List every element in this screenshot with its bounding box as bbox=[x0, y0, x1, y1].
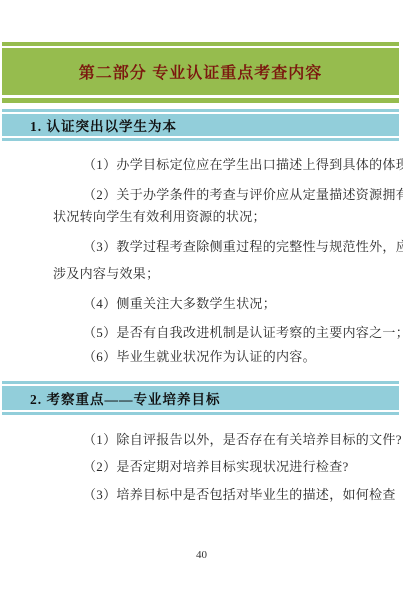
document-page: 第二部分 专业认证重点考查内容 1. 认证突出以学生为本 （1）办学目标定位应在… bbox=[0, 0, 403, 604]
banner-bottom-strip bbox=[2, 412, 399, 415]
banner-bottom-strip bbox=[2, 138, 399, 141]
banner-bottom-strip bbox=[2, 98, 399, 103]
section-1-item-3-line-1: （3）教学过程考查除侧重过程的完整性与规范性外，应 bbox=[83, 239, 403, 255]
section-1-item-3-line-2: 涉及内容与效果； bbox=[53, 266, 159, 282]
page-number: 40 bbox=[0, 549, 403, 561]
part-title-banner: 第二部分 专业认证重点考查内容 bbox=[2, 42, 399, 103]
section-1-item-2-line-1: （2）关于办学条件的考查与评价应从定量描述资源拥有 bbox=[83, 187, 403, 203]
section-2-item-1: （1）除自评报告以外，是否存在有关培养目标的文件? bbox=[83, 432, 402, 448]
section-2-heading: 2. 考察重点——专业培养目标 bbox=[2, 388, 221, 408]
section-1-item-1: （1）办学目标定位应在学生出口描述上得到具体的体现； bbox=[83, 157, 403, 173]
section-2-item-2: （2）是否定期对培养目标实现状况进行检查? bbox=[83, 459, 349, 475]
section-2-heading-bar: 2. 考察重点——专业培养目标 bbox=[2, 386, 399, 410]
section-1-item-6: （6）毕业生就业状况作为认证的内容。 bbox=[83, 349, 316, 365]
section-1-banner: 1. 认证突出以学生为本 bbox=[2, 109, 399, 141]
section-1-item-4: （4）侧重关注大多数学生状况； bbox=[83, 296, 276, 312]
section-1-heading-bar: 1. 认证突出以学生为本 bbox=[2, 114, 399, 136]
section-1-heading: 1. 认证突出以学生为本 bbox=[2, 115, 177, 135]
section-2-banner: 2. 考察重点——专业培养目标 bbox=[2, 381, 399, 415]
section-2-item-3: （3）培养目标中是否包括对毕业生的描述，如何检查 bbox=[83, 487, 396, 503]
section-1-item-2-line-2: 状况转向学生有效利用资源的状况； bbox=[53, 209, 266, 225]
part-title: 第二部分 专业认证重点考查内容 bbox=[79, 60, 322, 83]
part-title-bar: 第二部分 专业认证重点考查内容 bbox=[2, 48, 399, 95]
section-1-item-5: （5）是否有自我改进机制是认证考察的主要内容之一； bbox=[83, 325, 403, 341]
